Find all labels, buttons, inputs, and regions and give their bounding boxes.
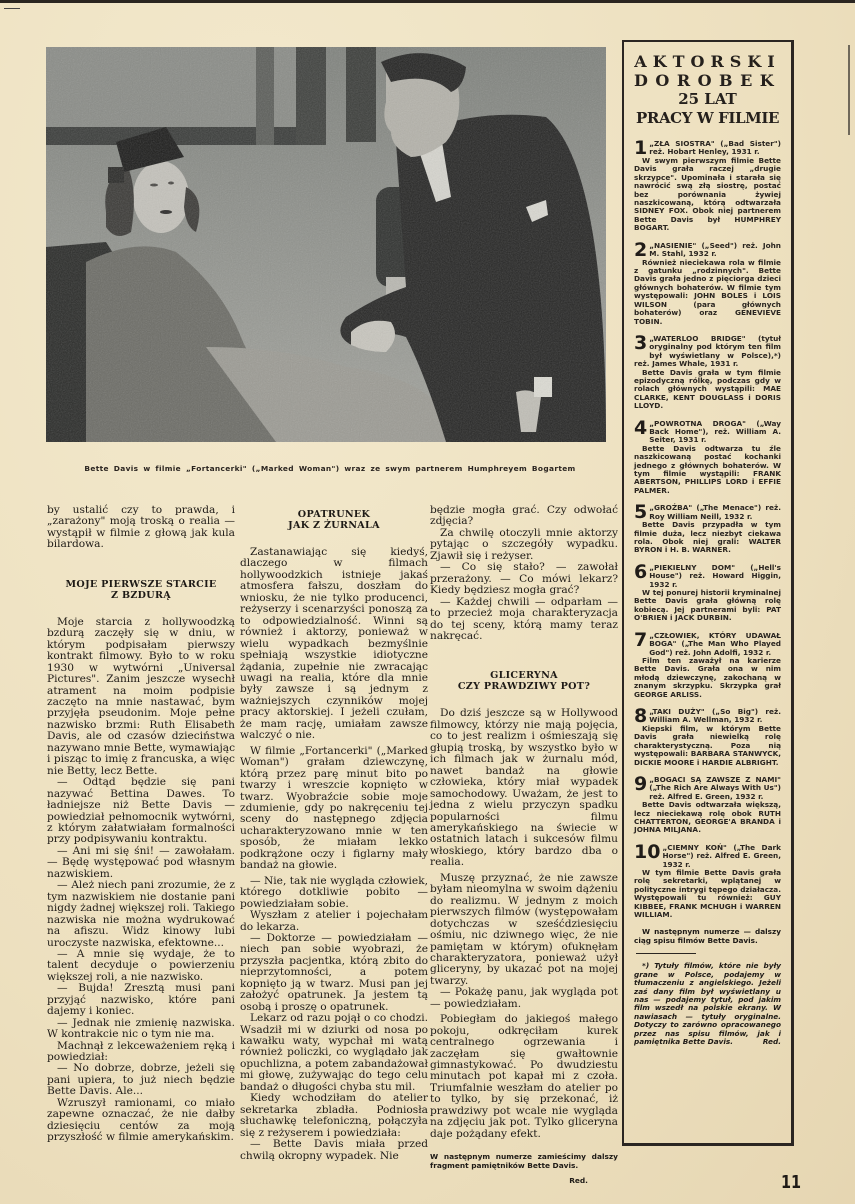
film-description: Bette Davis odtwarza tu źle naszkicowaną… [634,445,781,495]
film-number: 6 [634,564,647,581]
paragraph: W filmie „Fortancerki" („Marked Woman") … [240,746,428,872]
paragraph: — Bujda! Zresztą musi pani przyjąć nazwi… [47,983,235,1017]
film-description: W swym pierwszym filmie Bette Davis grał… [634,157,781,233]
filmography-sidebar: AKTORSKI DOROBEK 25 LAT PRACY W FILMIE 1… [622,40,794,1146]
article-column-3: będzie mogła grać. Czy odwołać zdjęcia? … [430,505,618,1187]
continued-note: W następnym numerze — dalszy ciąg spisu … [634,928,781,945]
film-number: 7 [634,632,647,649]
paragraph: Do dziś jeszcze są w Hollywood filmowcy,… [430,708,618,868]
film-description: Bette Davis grała w tym filmie epizodycz… [634,369,781,411]
sidebar-title: AKTORSKI DOROBEK 25 LAT PRACY W FILMIE [634,52,781,128]
film-title: „POWROTNA DROGA" („Way Back Home"), reż.… [634,420,781,445]
paragraph: by ustalić czy to prawda, i „zarażony" m… [47,505,235,551]
film-description: W tym filmie Bette Davis grała rolę sekr… [634,869,781,919]
film-description: Bette Davis odtwarzała większą, lecz nie… [634,801,781,835]
film-description: W tej ponurej historii kryminalnej Bette… [634,589,781,623]
crop-mark [4,8,20,9]
paragraph: — A mnie się wydaje, że to talent decydu… [47,949,235,983]
paragraph: Zastanawiając się kiedyś, dlaczego w fil… [240,547,428,742]
paragraph: Machnął z lekceważeniem ręką i powiedzia… [47,1041,235,1064]
film-description: Bette Davis przypadła w tym filmie duża,… [634,521,781,555]
section-heading-opatrunek: OPATRUNEK JAK Z ŻURNALA [240,509,428,531]
film-number: 4 [634,420,647,437]
film-description: Film ten zaważył na karierze Bette Davis… [634,657,781,699]
film-title: „CZŁOWIEK, KTÓRY UDAWAŁ BOGA" („The Man … [634,632,781,657]
film-entry: 4 „POWROTNA DROGA" („Way Back Home"), re… [634,420,781,496]
paragraph: będzie mogła grać. Czy odwołać zdjęcia? [430,505,618,528]
paragraph: — No dobrze, dobrze, jeżeli się pani upi… [47,1063,235,1097]
film-entry: 7 „CZŁOWIEK, KTÓRY UDAWAŁ BOGA" („The Ma… [634,632,781,699]
film-list: 1 „ZŁA SIOSTRA" („Bad Sister") reż. Hoba… [634,140,781,919]
film-title: „WATERLOO BRIDGE" (tytuł oryginalny pod … [634,335,781,369]
paragraph: Wzruszył ramionami, co miało zapewne ozn… [47,1098,235,1144]
paragraph: — Bette Davis miała przed chwilą okropny… [240,1139,428,1162]
footnote-divider [636,953,696,954]
film-number: 9 [634,776,647,793]
paragraph: — Pokażę panu, jak wygląda pot — powiedz… [430,987,618,1010]
film-title: „GROŹBA" („The Menace") reż. Roy William… [634,504,781,521]
film-entry: 6 „PIEKIELNY DOM" („Hell's House") reż. … [634,564,781,623]
film-title: „PIEKIELNY DOM" („Hell's House") reż. Ho… [634,564,781,589]
page-top-edge [0,0,855,3]
paragraph: Lekarz od razu pojął o co chodzi. Wsadzi… [240,1013,428,1093]
paragraph: Muszę przyznać, że nie zawsze byłam nieo… [430,873,618,988]
binding-edge-mark [848,45,850,135]
paragraph: — Doktorze — powiedziałam — niech pan so… [240,933,428,1013]
film-description: Również nieciekawa rola w filmie z gatun… [634,259,781,326]
film-number: 2 [634,242,647,259]
film-title: „ZŁA SIOSTRA" („Bad Sister") reż. Hobart… [634,140,781,157]
section-heading-moje-pierwsze-starcie: MOJE PIERWSZE STARCIE Z BZDURĄ [47,579,235,601]
paragraph: Moje starcia z hollywoodzką bzdurą zaczę… [47,617,235,777]
film-entry: 3 „WATERLOO BRIDGE" (tytuł oryginalny po… [634,335,781,411]
footnote: *) Tytuły filmów, które nie były grane w… [634,962,781,1046]
film-number: 5 [634,504,647,521]
article-column-1: by ustalić czy to prawda, i „zarażony" m… [47,505,235,1144]
paragraph: — Nie, tak nie wygląda człowiek, którego… [240,876,428,910]
paragraph: Kiedy wchodziłam do atelier sekretarka z… [240,1093,428,1139]
film-number: 3 [634,335,647,352]
film-description: Kiepski film, w którym Bette Davis grała… [634,725,781,767]
paragraph: — Odtąd będzie się pani nazywać Bettina … [47,777,235,846]
film-number: 10 [634,844,660,861]
section-heading-gliceryna: GLICERYNA CZY PRAWDZIWY POT? [430,670,618,692]
photo-caption: Bette Davis w filmie „Fortancerki" („Mar… [40,464,620,473]
film-entry: 1 „ZŁA SIOSTRA" („Bad Sister") reż. Hoba… [634,140,781,233]
film-title: „BOGACI SĄ ZAWSZE Z NAMI" („The Rich Are… [634,776,781,801]
footnote-signature: Red. [755,1038,781,1046]
paragraph: — Co się stało? — zawołał przerażony. — … [430,562,618,596]
paragraph: — Jednak nie zmienię nazwiska. W kontrak… [47,1018,235,1041]
paragraph: Pobiegłam do jakiegoś małego pokoju, odk… [430,1014,618,1140]
film-entry: 10 „CIEMNY KOŃ" („The Dark Horse") reż. … [634,844,781,920]
film-title: „TAKI DUŻY" („So Big") reż. William A. W… [634,708,781,725]
film-title: „NASIENIE" („Seed") reż. John M. Stahl, … [634,242,781,259]
film-still-photo [46,47,606,442]
film-entry: 2 „NASIENIE" („Seed") reż. John M. Stahl… [634,242,781,326]
editorial-note: W następnym numerze zamieścimy dalszy fr… [430,1152,618,1170]
paragraph: — Ani mi się śni! — zawołałam. — Będę wy… [47,846,235,880]
paragraph: Wyszłam z atelier i pojechałam do lekarz… [240,910,428,933]
film-entry: 5 „GROŹBA" („The Menace") reż. Roy Willi… [634,504,781,555]
page-number: 11 [781,1172,801,1193]
paragraph: — Każdej chwili — odparłam — to przecież… [430,597,618,643]
editorial-signature: Red. [430,1175,618,1186]
film-entry: 8 „TAKI DUŻY" („So Big") reż. William A.… [634,708,781,767]
article-column-2: OPATRUNEK JAK Z ŻURNALA Zastanawiając si… [240,505,428,1162]
film-number: 1 [634,140,647,157]
film-entry: 9 „BOGACI SĄ ZAWSZE Z NAMI" („The Rich A… [634,776,781,835]
paragraph: Za chwilę otoczyli mnie aktorzy pytając … [430,528,618,562]
paragraph: — Ależ niech pani zrozumie, że z tym naz… [47,880,235,949]
film-number: 8 [634,708,647,725]
